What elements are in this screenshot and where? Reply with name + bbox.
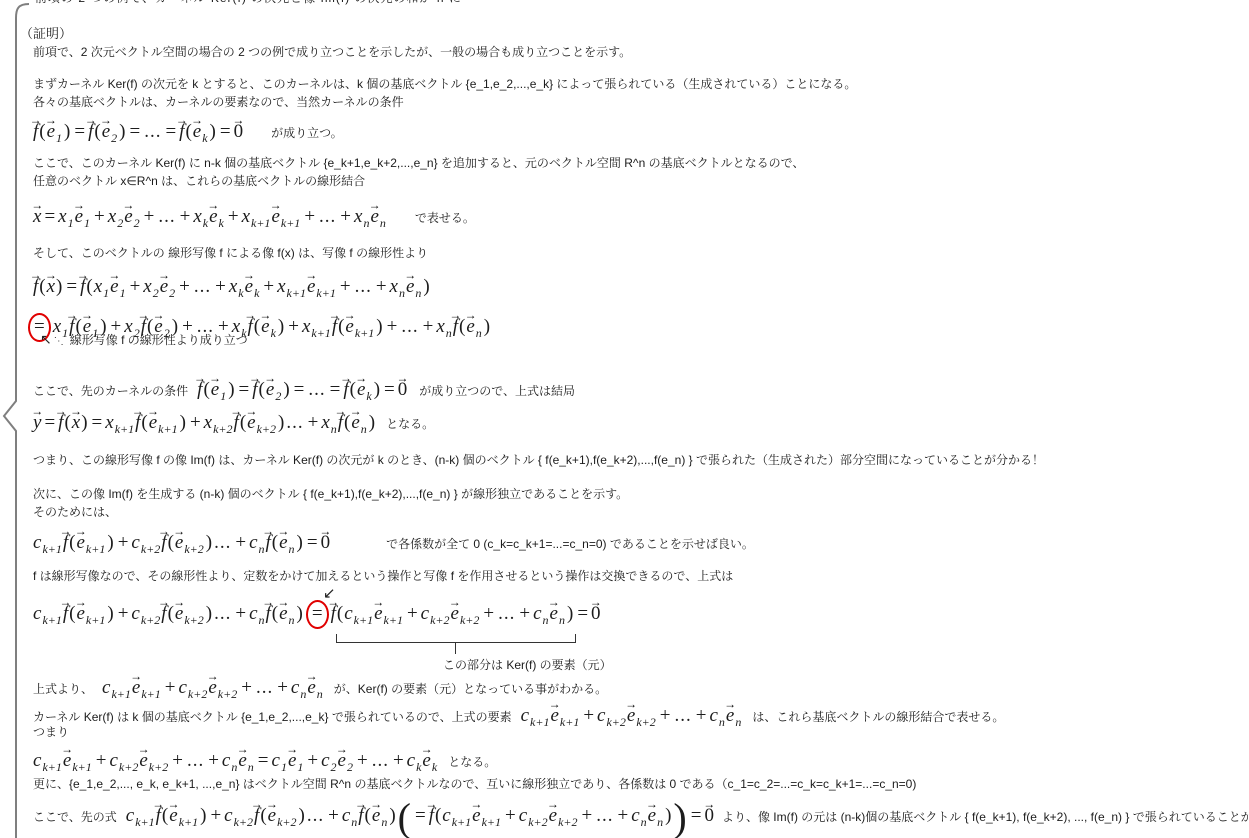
vector-arrow: f	[80, 275, 85, 299]
paragraph-final-conclusion: ここで、先の式 ck+1f(ek+1)+ck+2f(ek+2)...+cnf(e…	[33, 790, 1249, 834]
formula-after-text: が成り立つ。	[271, 124, 343, 141]
vector-arrow: e	[351, 411, 359, 435]
vector-arrow: e	[345, 315, 353, 339]
formula-row-kernel-condition: f(e1)=f(e2)=...=f(ek)=0 が成り立つ。	[33, 106, 343, 150]
vector-arrow: e	[338, 749, 346, 773]
vector-arrow: f	[248, 315, 253, 339]
paragraph-text: そして、このベクトルの 線形写像 f による像 f(x) は、写像 f の線形性…	[33, 246, 428, 260]
vector-arrow: e	[549, 804, 557, 828]
vector-arrow: f	[33, 120, 38, 144]
vector-arrow: x	[47, 275, 55, 299]
vector-arrow: e	[648, 804, 656, 828]
vector-arrow: e	[102, 120, 110, 144]
vector-arrow: f	[453, 315, 458, 339]
vector-arrow: e	[169, 804, 177, 828]
vector-arrow: f	[358, 804, 363, 828]
proof-label: （証明）	[20, 26, 72, 42]
vector-arrow: 0	[234, 120, 244, 144]
vector-arrow: e	[63, 749, 71, 773]
vector-arrow: f	[63, 602, 68, 626]
vector-arrow: f	[429, 804, 434, 828]
paragraph-independence-goal: 次に、この像 Im(f) を生成する (n-k) 個のベクトル { f(e_k+…	[33, 486, 628, 502]
vector-arrow: e	[374, 602, 382, 626]
paragraph-linear-combination-lead: 任意のベクトル x∈R^n は、これらの基底ベクトルの線形結合	[33, 173, 365, 189]
paragraph-add-basis: ここで、このカーネル Ker(f) に n-k 個の基底ベクトル {e_k+1,…	[33, 155, 804, 171]
vector-arrow: e	[247, 411, 255, 435]
formula-x-expansion: x=x1e1+x2e2+...+xkek+xk+1ek+1+...+xnen	[33, 205, 387, 235]
vector-arrow: f	[338, 411, 343, 435]
linearity-annotation: ↖ ⋱ 線形写像 f の線形性より成り立つ	[40, 331, 248, 348]
vector-arrow: e	[279, 602, 287, 626]
vector-arrow: x	[33, 205, 41, 229]
vector-arrow: e	[550, 704, 558, 728]
paragraph-text: f は線形写像なので、その線形性より、定数をかけて加えるという操作と写像 f を…	[33, 569, 733, 583]
paragraph-text: 任意のベクトル x∈R^n は、これらの基底ベクトルの線形結合	[33, 174, 365, 188]
big-paren: (	[398, 795, 411, 838]
formula-final: ck+1f(ek+1)+ck+2f(ek+2)...+cnf(en)(=f(ck…	[126, 804, 714, 834]
vector-arrow: 0	[321, 531, 331, 555]
vector-arrow: e	[175, 531, 183, 555]
underbrace-group: (ck+1ek+1+ck+2ek+2+...+cnen)	[336, 602, 574, 632]
formula-after-text: で表せる。	[415, 209, 475, 226]
annotation-arrow-icon: ↖	[40, 332, 52, 348]
vector-arrow: e	[550, 602, 558, 626]
underbrace	[336, 634, 576, 643]
vector-arrow: 0	[591, 602, 601, 626]
paragraph-kernel-span-element: カーネル Ker(f) は k 個の基底ベクトル {e_1,e_2,...,e_…	[33, 692, 1004, 734]
vector-arrow: f	[88, 120, 93, 144]
formula-after-text: となる。	[448, 753, 496, 770]
formula-row-basis-combination: ck+1ek+1+ck+2ek+2+...+cnen=c1e1+c2e2+...…	[33, 735, 496, 779]
formula-after-text: となる。	[386, 415, 434, 432]
vector-arrow: e	[261, 315, 269, 339]
vector-arrow: e	[110, 275, 118, 299]
vector-arrow: e	[160, 275, 168, 299]
proof-label-text: （証明）	[20, 26, 72, 41]
vector-arrow: y	[33, 411, 41, 435]
vector-arrow: e	[245, 275, 253, 299]
formula-factored: ck+1f(ek+1)+ck+2f(ek+2)...+cnf(en)=f(ck+…	[33, 600, 601, 632]
vector-arrow: e	[124, 205, 132, 229]
formula-basis-combination: ck+1ek+1+ck+2ek+2+...+cnen=c1e1+c2e2+...…	[33, 749, 438, 779]
formula-coefficients-zero: ck+1f(ek+1)+ck+2f(ek+2)...+cnf(en)=0	[33, 531, 330, 561]
vector-arrow: e	[451, 602, 459, 626]
vector-arrow: x	[72, 411, 80, 435]
annotation-label: 線形写像 f の線形性より成り立つ	[70, 331, 248, 348]
paragraph-text: 更に、{e_1,e_2,..., e_k, e_k+1, ...,e_n} はベ…	[33, 777, 916, 791]
formula-row-image-result: y=f(x)=xk+1f(ek+1)+xk+2f(ek+2)...+xnf(en…	[33, 397, 434, 441]
vector-arrow: f	[156, 804, 161, 828]
paragraph-exchange-operations: f は線形写像なので、その線形性より、定数をかけて加えるという操作と写像 f を…	[33, 568, 733, 584]
proof-document: 前項の 2 つの例で、カーネル Ker(f) の次元と像 Im(f) の次元の和…	[0, 0, 1249, 838]
vector-arrow: f	[266, 531, 271, 555]
annotation-dots: ⋱	[54, 336, 66, 347]
vector-arrow: f	[33, 275, 38, 299]
paragraph-image-lead: そして、このベクトルの 線形写像 f による像 f(x) は、写像 f の線形性…	[33, 245, 428, 261]
vector-arrow: e	[76, 531, 84, 555]
paragraph-post-text: より、像 Im(f) の元は (n-k)個の基底ベクトル { f(e_k+1),…	[722, 808, 1249, 825]
vector-arrow: f	[254, 804, 259, 828]
formula-row-x-expansion: x=x1e1+x2e2+...+xkek+xk+1ek+1+...+xnen で…	[33, 191, 475, 235]
vector-arrow: e	[139, 749, 147, 773]
formula-after-text: で各係数が全て 0 (c_k=c_k+1=...=c_n=0) であることを示せ…	[386, 535, 754, 552]
red-circled-equals: =	[306, 600, 329, 629]
paragraph-text: つまり、この線形写像 f の像 Im(f) は、カーネル Ker(f) の次元が…	[33, 453, 1044, 467]
paragraph-text: まずカーネル Ker(f) の次元を k とすると、このカーネルは、k 個の基底…	[33, 77, 856, 91]
vector-arrow: f	[179, 120, 184, 144]
vector-arrow: e	[422, 749, 430, 773]
vector-arrow: f	[331, 602, 336, 626]
vector-arrow: e	[279, 531, 287, 555]
vector-arrow: e	[307, 275, 315, 299]
paragraph-post-text: は、これら基底ベクトルの線形結合で表せる。	[752, 708, 1004, 725]
vector-arrow: e	[627, 704, 635, 728]
paragraph-kernel-basis: まずカーネル Ker(f) の次元を k とすると、このカーネルは、k 個の基底…	[33, 76, 856, 92]
paragraph-text: ここで、このカーネル Ker(f) に n-k 個の基底ベクトル {e_k+1,…	[33, 156, 804, 170]
clipped-heading: 前項の 2 つの例で、カーネル Ker(f) の次元と像 Im(f) の次元の和…	[35, 0, 465, 5]
vector-arrow: e	[372, 804, 380, 828]
vector-arrow: f	[161, 602, 166, 626]
vector-arrow: e	[406, 275, 414, 299]
vector-arrow: e	[175, 602, 183, 626]
vector-arrow: f	[63, 531, 68, 555]
vector-arrow: e	[76, 602, 84, 626]
formula-row-factored: ck+1f(ek+1)+ck+2f(ek+2)...+cnf(en)=f(ck+…	[33, 586, 601, 632]
paragraph-pre-text: ここで、先の式	[33, 808, 117, 825]
vector-arrow: f	[234, 411, 239, 435]
vector-arrow: f	[266, 602, 271, 626]
vector-arrow: e	[370, 205, 378, 229]
vector-arrow: e	[209, 205, 217, 229]
vector-arrow: f	[332, 315, 337, 339]
vector-arrow: e	[271, 205, 279, 229]
paragraph-intro: 前項で、2 次元ベクトル空間の場合の 2 つの例で成り立つことを示したが、一般の…	[33, 44, 631, 60]
vector-arrow: e	[466, 315, 474, 339]
vector-arrow: 0	[704, 804, 714, 828]
paragraph-text: 次に、この像 Im(f) を生成する (n-k) 個のベクトル { f(e_k+…	[33, 487, 628, 501]
formula-image-result: y=f(x)=xk+1f(ek+1)+xk+2f(ek+2)...+xnf(en…	[33, 411, 376, 441]
vector-arrow: e	[47, 120, 55, 144]
vector-arrow: f	[161, 531, 166, 555]
vector-arrow: e	[238, 749, 246, 773]
paragraph-pre-text: カーネル Ker(f) は k 個の基底ベクトル {e_1,e_2,...,e_…	[33, 708, 512, 725]
paragraph-post-text: が成り立つので、上式は結局	[419, 382, 575, 399]
vector-arrow: e	[288, 749, 296, 773]
vector-arrow: e	[472, 804, 480, 828]
formula-row-coefficients-zero: ck+1f(ek+1)+ck+2f(ek+2)...+cnf(en)=0 で各係…	[33, 517, 754, 561]
formula-combination-inline: ck+1ek+1+ck+2ek+2+...+cnen	[521, 704, 743, 734]
vector-arrow: f	[58, 411, 63, 435]
formula-kernel-condition: f(e1)=f(e2)=...=f(ek)=0	[33, 120, 243, 150]
vector-arrow: e	[75, 205, 83, 229]
paragraph-image-span-conclusion: つまり、この線形写像 f の像 Im(f) は、カーネル Ker(f) の次元が…	[33, 452, 1044, 468]
vector-arrow: e	[268, 804, 276, 828]
big-paren: )	[673, 795, 686, 838]
paragraph-text: 前項で、2 次元ベクトル空間の場合の 2 つの例で成り立つことを示したが、一般の…	[33, 45, 631, 59]
vector-arrow: e	[193, 120, 201, 144]
vector-arrow: e	[726, 704, 734, 728]
vector-arrow: f	[135, 411, 140, 435]
underbrace-stem	[455, 642, 456, 654]
vector-arrow: e	[149, 411, 157, 435]
pointer-arrow-icon: ↙	[323, 584, 336, 602]
clipped-heading-text: 前項の 2 つの例で、カーネル Ker(f) の次元と像 Im(f) の次元の和…	[35, 0, 465, 5]
